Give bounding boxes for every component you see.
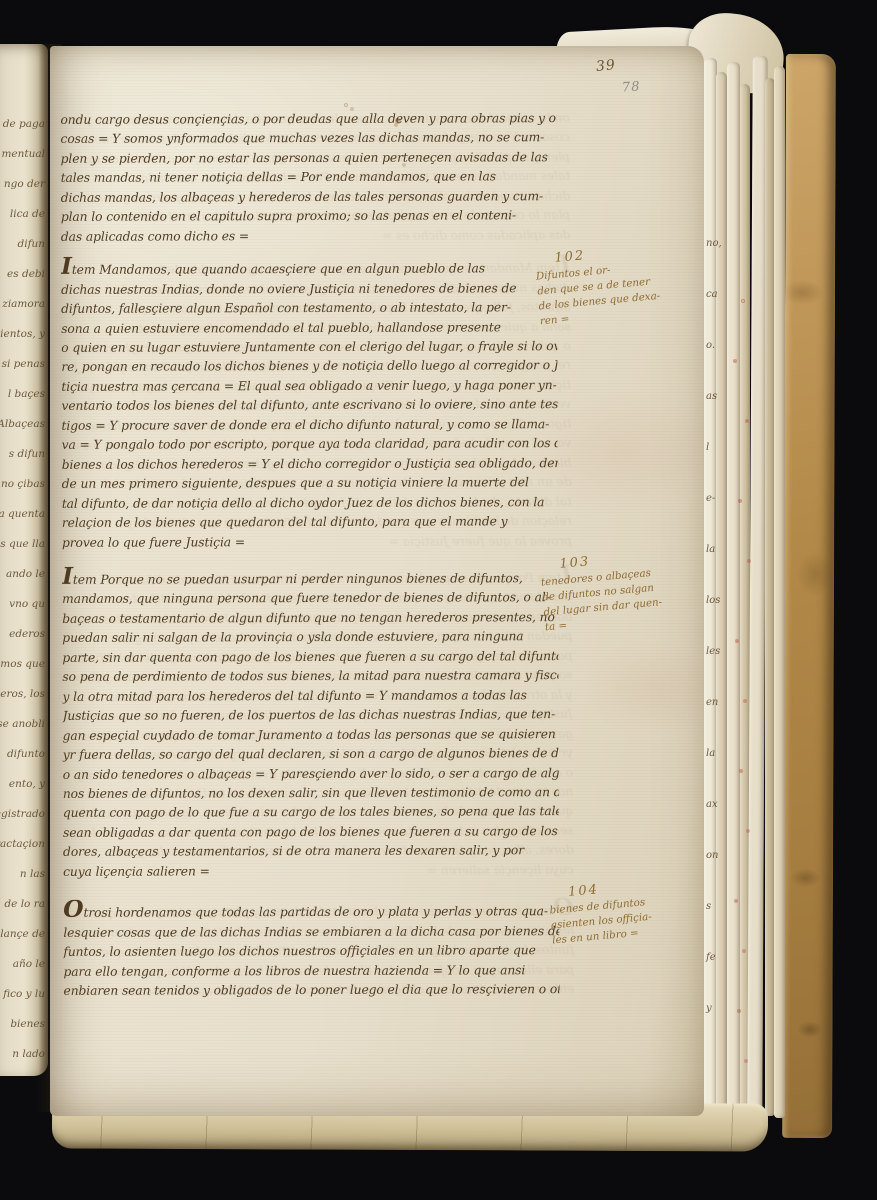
text-line: Justiçias que so no fueren, de los puert… bbox=[63, 705, 559, 726]
text-line: difuntos, fallesçiere algun Español con … bbox=[61, 298, 557, 319]
paragraph: ondu cargo desus conçiençias, o por deud… bbox=[60, 109, 556, 247]
text-line: Item Porque no se puedan usurpar ni perd… bbox=[62, 565, 558, 590]
text-line: o an sido tenedores o albaçeas = Y pares… bbox=[63, 764, 559, 785]
page-number-ink: 39 bbox=[595, 57, 616, 75]
text-line: cuya liçençia salieren = bbox=[63, 861, 559, 882]
text-line: nos bienes de difuntos, no los dexen sal… bbox=[63, 783, 559, 804]
text-line: o quien en su lugar estuviere Juntamente… bbox=[61, 337, 557, 358]
text-line: y la otra mitad para los herederos del t… bbox=[62, 686, 558, 707]
text-line: as bbox=[706, 389, 722, 404]
red-edge-speckles bbox=[742, 300, 744, 302]
text-line: enbiaren sean tenidos y obligados de lo … bbox=[63, 980, 559, 1001]
margin-note-103: 103 tenedores o albaçeasde difuntos no s… bbox=[539, 546, 695, 636]
text-line: funtos, lo asienten luego los dichos nue… bbox=[63, 941, 559, 962]
margin-note-text: Difuntos el or-den que se a de tenerde l… bbox=[535, 257, 690, 330]
text-line: so pena de perdimiento de todos sus bien… bbox=[62, 666, 558, 687]
text-line: gan espeçial cuydado de tomar Juramento … bbox=[63, 725, 559, 746]
text-line: tiçia nuestra mas çercana = El qual sea … bbox=[61, 376, 557, 397]
manuscript-text: ondu cargo desus conçiençias, o por deud… bbox=[60, 109, 559, 1001]
text-line: lesquier cosas que de las dichas Indias … bbox=[63, 922, 559, 943]
manuscript-page: 39 78 ondu cargo desus conçiençias, o po… bbox=[50, 46, 704, 1116]
fore-edge-strip bbox=[774, 66, 785, 1118]
text-line: Item Mandamos, que quando acaesçiere que… bbox=[61, 255, 557, 280]
margin-note-104: 104 bienes de difuntosasienten los offiç… bbox=[548, 874, 703, 949]
text-line: para ello tengan, conforme a los libros … bbox=[63, 961, 559, 982]
text-line: on bbox=[706, 848, 722, 863]
text-line: no, bbox=[706, 236, 722, 251]
text-line: va = Y pongalo todo por escripto, porque… bbox=[62, 434, 558, 455]
text-line: dichas mandas, los albaçeas y herederos … bbox=[61, 187, 557, 208]
text-line: o. bbox=[706, 338, 722, 353]
text-line: de un mes primero siguiente, despues que… bbox=[62, 473, 558, 494]
text-line: s bbox=[706, 899, 722, 914]
text-line: la bbox=[706, 542, 722, 557]
margin-note-102: 102 Difuntos el or-den que se a de tener… bbox=[534, 240, 690, 330]
text-line: ax bbox=[706, 797, 722, 812]
margin-note-text: tenedores o albaçeasde difuntos no salga… bbox=[540, 563, 695, 636]
ink-stains bbox=[345, 104, 347, 106]
fore-edge-fragments: no,cao.asle-laloslesenlaaxonsfey bbox=[706, 236, 722, 1016]
text-line: dichas nuestras Indias, donde no oviere … bbox=[61, 279, 557, 300]
text-line: relaçion de los bienes que quedaron del … bbox=[62, 512, 558, 533]
paragraph: Item Porque no se puedan usurpar ni perd… bbox=[62, 565, 559, 882]
text-line: los bbox=[706, 593, 722, 608]
text-line: tal difunto, de dar notiçia dello al dic… bbox=[62, 493, 558, 514]
paragraph: Otrosi hordenamos que todas las partidas… bbox=[63, 898, 559, 1001]
text-line: yr fuera dellas, so cargo del qual decla… bbox=[63, 744, 559, 765]
photo-background: de pagamentualngo derlica dedifunes debi… bbox=[0, 0, 877, 1200]
text-line: y bbox=[706, 1001, 722, 1016]
text-line: les bbox=[706, 644, 722, 659]
text-line: plen y se pierden, por no estar las pers… bbox=[61, 148, 557, 169]
text-line: sona a quien estuviere encomendado el ta… bbox=[61, 318, 557, 339]
text-line: ventario todos los bienes del tal difunt… bbox=[61, 395, 557, 416]
text-line: l bbox=[706, 440, 722, 455]
parchment-cover bbox=[782, 54, 836, 1138]
text-line: mandamos, que ninguna persona que fuere … bbox=[62, 589, 558, 610]
text-line: quenta con pago de lo que fue a su cargo… bbox=[63, 803, 559, 824]
text-line: plan lo contenido en el capitulo supra p… bbox=[61, 206, 557, 227]
text-line: bienes a los dichos herederos = Y el dic… bbox=[62, 454, 558, 475]
text-line: la bbox=[706, 746, 722, 761]
text-line: das aplicadas como dicho es = bbox=[61, 226, 557, 247]
text-line: re, pongan en recaudo los dichos bienes … bbox=[61, 357, 557, 378]
text-line: e- bbox=[706, 491, 722, 506]
text-line: en bbox=[706, 695, 722, 710]
text-line: fe bbox=[706, 950, 722, 965]
paragraph: Item Mandamos, que quando acaesçiere que… bbox=[61, 255, 558, 553]
text-line: parte, sin dar quenta con pago de los bi… bbox=[62, 647, 558, 668]
text-line: Otrosi hordenamos que todas las partidas… bbox=[63, 898, 559, 923]
text-line: tigos = Y procure saver de donde era el … bbox=[62, 415, 558, 436]
text-line: tales mandas, ni tener notiçia dellas = … bbox=[61, 167, 557, 188]
text-line: sean obligadas a dar quenta con pago de … bbox=[63, 822, 559, 843]
text-line: dores, albaçeas y testamentarios, si de … bbox=[63, 841, 559, 862]
text-line: ondu cargo desus conçiençias, o por deud… bbox=[60, 109, 556, 130]
page-number-pencil: 78 bbox=[621, 79, 641, 95]
text-line: cosas = Y somos ynformados que muchas ve… bbox=[61, 129, 557, 150]
text-line: ca bbox=[706, 287, 722, 302]
text-line: provea lo que fuere Justiçia = bbox=[62, 532, 558, 553]
fore-edge-strip bbox=[727, 62, 740, 1116]
text-line: baçeas o testamentario de algun difunto … bbox=[62, 608, 558, 629]
text-line: puedan salir ni salgan de la provinçia o… bbox=[62, 627, 558, 648]
